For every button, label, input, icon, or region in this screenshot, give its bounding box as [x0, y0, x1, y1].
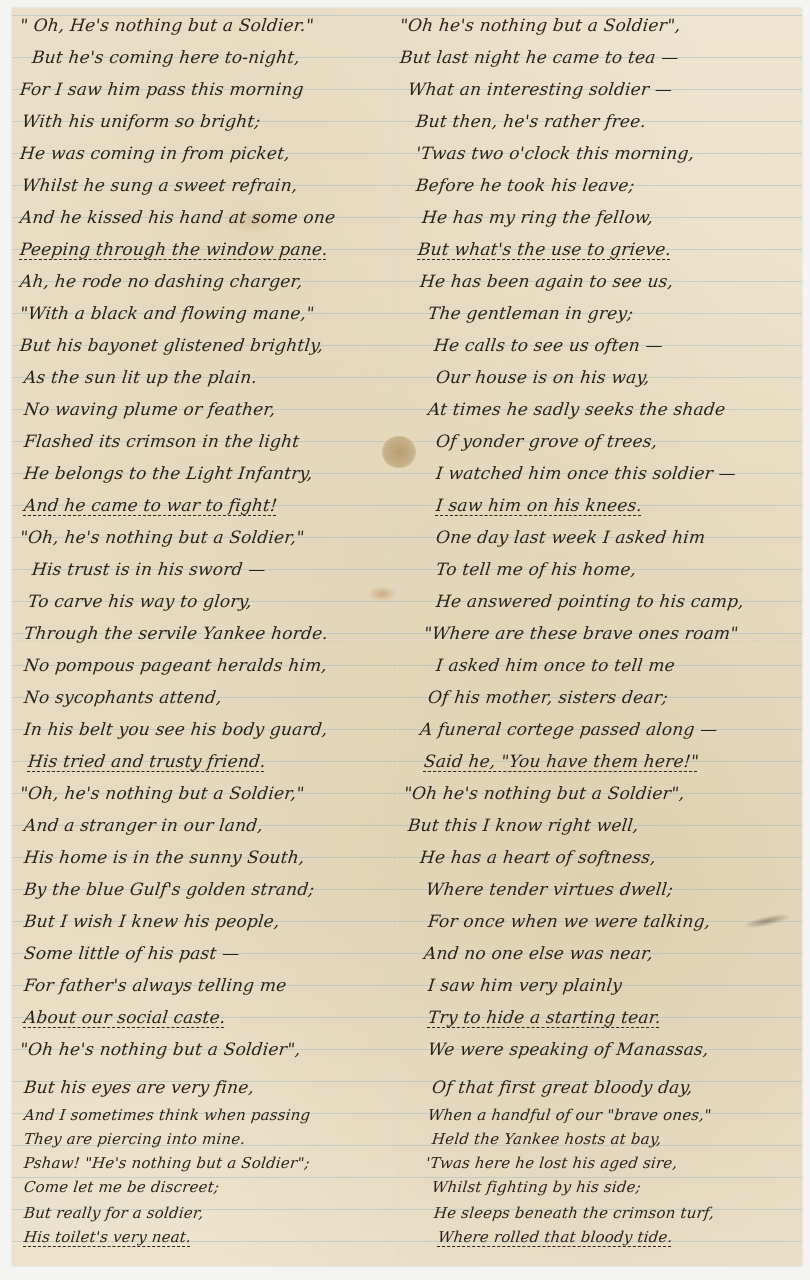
poem-line: "Oh, he's nothing but a Soldier,"	[19, 528, 305, 548]
poem-line: Where tender virtues dwell;	[425, 880, 674, 900]
poem-line: I watched him once this soldier —	[435, 464, 737, 484]
poem-line-underlined: And he came to war to fight!	[23, 496, 278, 516]
poem-line: For I saw him pass this morning	[19, 80, 305, 100]
ink-stain-spot	[382, 436, 416, 468]
poem-line-underlined: Try to hide a starting tear.	[427, 1008, 662, 1028]
poem-line: One day last week I asked him	[435, 528, 706, 548]
vertical-fold-crease	[396, 8, 399, 1266]
poem-line: As the sun lit up the plain.	[23, 368, 258, 388]
poem-line: "With a black and flowing mane,"	[19, 304, 315, 324]
poem-line: With his uniform so bright;	[21, 112, 262, 132]
poem-line: No waving plume or feather,	[23, 400, 277, 420]
poem-line: Before he took his leave;	[415, 176, 636, 196]
poem-line: And I sometimes think when passing	[23, 1106, 311, 1124]
poem-line: He calls to see us often —	[433, 336, 664, 356]
poem-line: Of yonder grove of trees,	[435, 432, 658, 452]
poem-line: But really for a soldier,	[23, 1204, 205, 1222]
manuscript-page: " Oh, He's nothing but a Soldier." But h…	[12, 8, 802, 1266]
poem-line: A funeral cortege passed along —	[419, 720, 719, 740]
poem-line-underlined: Where rolled that bloody tide.	[437, 1228, 674, 1246]
poem-line: We were speaking of Manassas,	[427, 1040, 710, 1060]
poem-line: No pompous pageant heralds him,	[23, 656, 328, 676]
poem-line: His trust is in his sword —	[31, 560, 267, 580]
poem-line: Of his mother, sisters dear;	[427, 688, 669, 708]
poem-line: But I wish I knew his people,	[23, 912, 281, 932]
poem-line: "Oh he's nothing but a Soldier",	[19, 1040, 302, 1060]
poem-line: At times he sadly seeks the shade	[427, 400, 726, 420]
poem-line: I asked him once to tell me	[435, 656, 676, 676]
poem-line: For father's always telling me	[23, 976, 288, 996]
poem-line: And a stranger in our land,	[23, 816, 264, 836]
poem-line: He has a heart of softness,	[419, 848, 657, 868]
poem-line: Whilst he sung a sweet refrain,	[21, 176, 299, 196]
poem-line: No sycophants attend,	[23, 688, 223, 708]
poem-line: His home is in the sunny South,	[23, 848, 306, 868]
poem-line-underlined: Said he, "You have them here!"	[423, 752, 700, 772]
poem-line: "Oh he's nothing but a Soldier",	[399, 16, 682, 36]
poem-line-underlined: About our social caste.	[23, 1008, 227, 1028]
poem-line-underlined: Peeping through the window pane.	[19, 240, 329, 260]
poem-line: But he's coming here to-night,	[31, 48, 301, 68]
poem-line: Whilst fighting by his side;	[431, 1178, 642, 1196]
poem-line: Flashed its crimson in the light	[23, 432, 300, 452]
poem-line: He sleeps beneath the crimson turf,	[433, 1204, 715, 1222]
poem-line: But this I know right well,	[407, 816, 640, 836]
poem-line: 'Twas here he lost his aged sire,	[425, 1154, 678, 1172]
poem-line: To tell me of his home,	[435, 560, 637, 580]
poem-line: And no one else was near,	[423, 944, 654, 964]
poem-line: Come let me be discreet;	[23, 1178, 220, 1196]
poem-line: To carve his way to glory,	[27, 592, 253, 612]
poem-line: Our house is on his way,	[435, 368, 651, 388]
poem-line: For once when we were talking,	[427, 912, 711, 932]
poem-line: He has my ring the fellow,	[421, 208, 654, 228]
poem-line: He answered pointing to his camp,	[435, 592, 745, 612]
poem-line: By the blue Gulf's golden strand;	[23, 880, 315, 900]
poem-line: He was coming in from picket,	[19, 144, 291, 164]
poem-line: Held the Yankee hosts at bay,	[431, 1130, 663, 1148]
poem-line: "Oh, he's nothing but a Soldier,"	[19, 784, 305, 804]
poem-line: Through the servile Yankee horde.	[23, 624, 329, 644]
poem-line: He belongs to the Light Infantry,	[23, 464, 314, 484]
poem-line: When a handful of our "brave ones,"	[427, 1106, 712, 1124]
poem-line-underlined: But what's the use to grieve.	[417, 240, 672, 260]
poem-line: But his eyes are very fine,	[23, 1078, 255, 1098]
poem-line: The gentleman in grey;	[427, 304, 634, 324]
poem-line: Some little of his past —	[23, 944, 240, 964]
poem-line: In his belt you see his body guard,	[23, 720, 329, 740]
poem-line-underlined: I saw him on his knees.	[435, 496, 643, 516]
poem-line: I saw him very plainly	[427, 976, 623, 996]
poem-line: Ah, he rode no dashing charger,	[19, 272, 304, 292]
poem-line: "Where are these brave ones roam"	[423, 624, 739, 644]
poem-line: 'Twas two o'clock this morning,	[415, 144, 695, 164]
poem-line: But then, he's rather free.	[415, 112, 647, 132]
poem-line: But his bayonet glistened brightly,	[19, 336, 324, 356]
poem-line: "Oh he's nothing but a Soldier",	[403, 784, 686, 804]
poem-line: Pshaw! "He's nothing but a Soldier";	[23, 1154, 311, 1172]
poem-line: Of that first great bloody day,	[431, 1078, 694, 1098]
poem-line: And he kissed his hand at some one	[19, 208, 336, 228]
poem-line: He has been again to see us,	[419, 272, 674, 292]
poem-line-underlined: His toilet's very neat.	[23, 1228, 192, 1246]
brown-stain	[367, 586, 397, 602]
poem-line: What an interesting soldier —	[407, 80, 673, 100]
poem-line: But last night he came to tea —	[399, 48, 680, 68]
poem-line: They are piercing into mine.	[23, 1130, 246, 1148]
poem-line: " Oh, He's nothing but a Soldier."	[19, 16, 315, 36]
poem-line-underlined: His tried and trusty friend.	[27, 752, 267, 772]
